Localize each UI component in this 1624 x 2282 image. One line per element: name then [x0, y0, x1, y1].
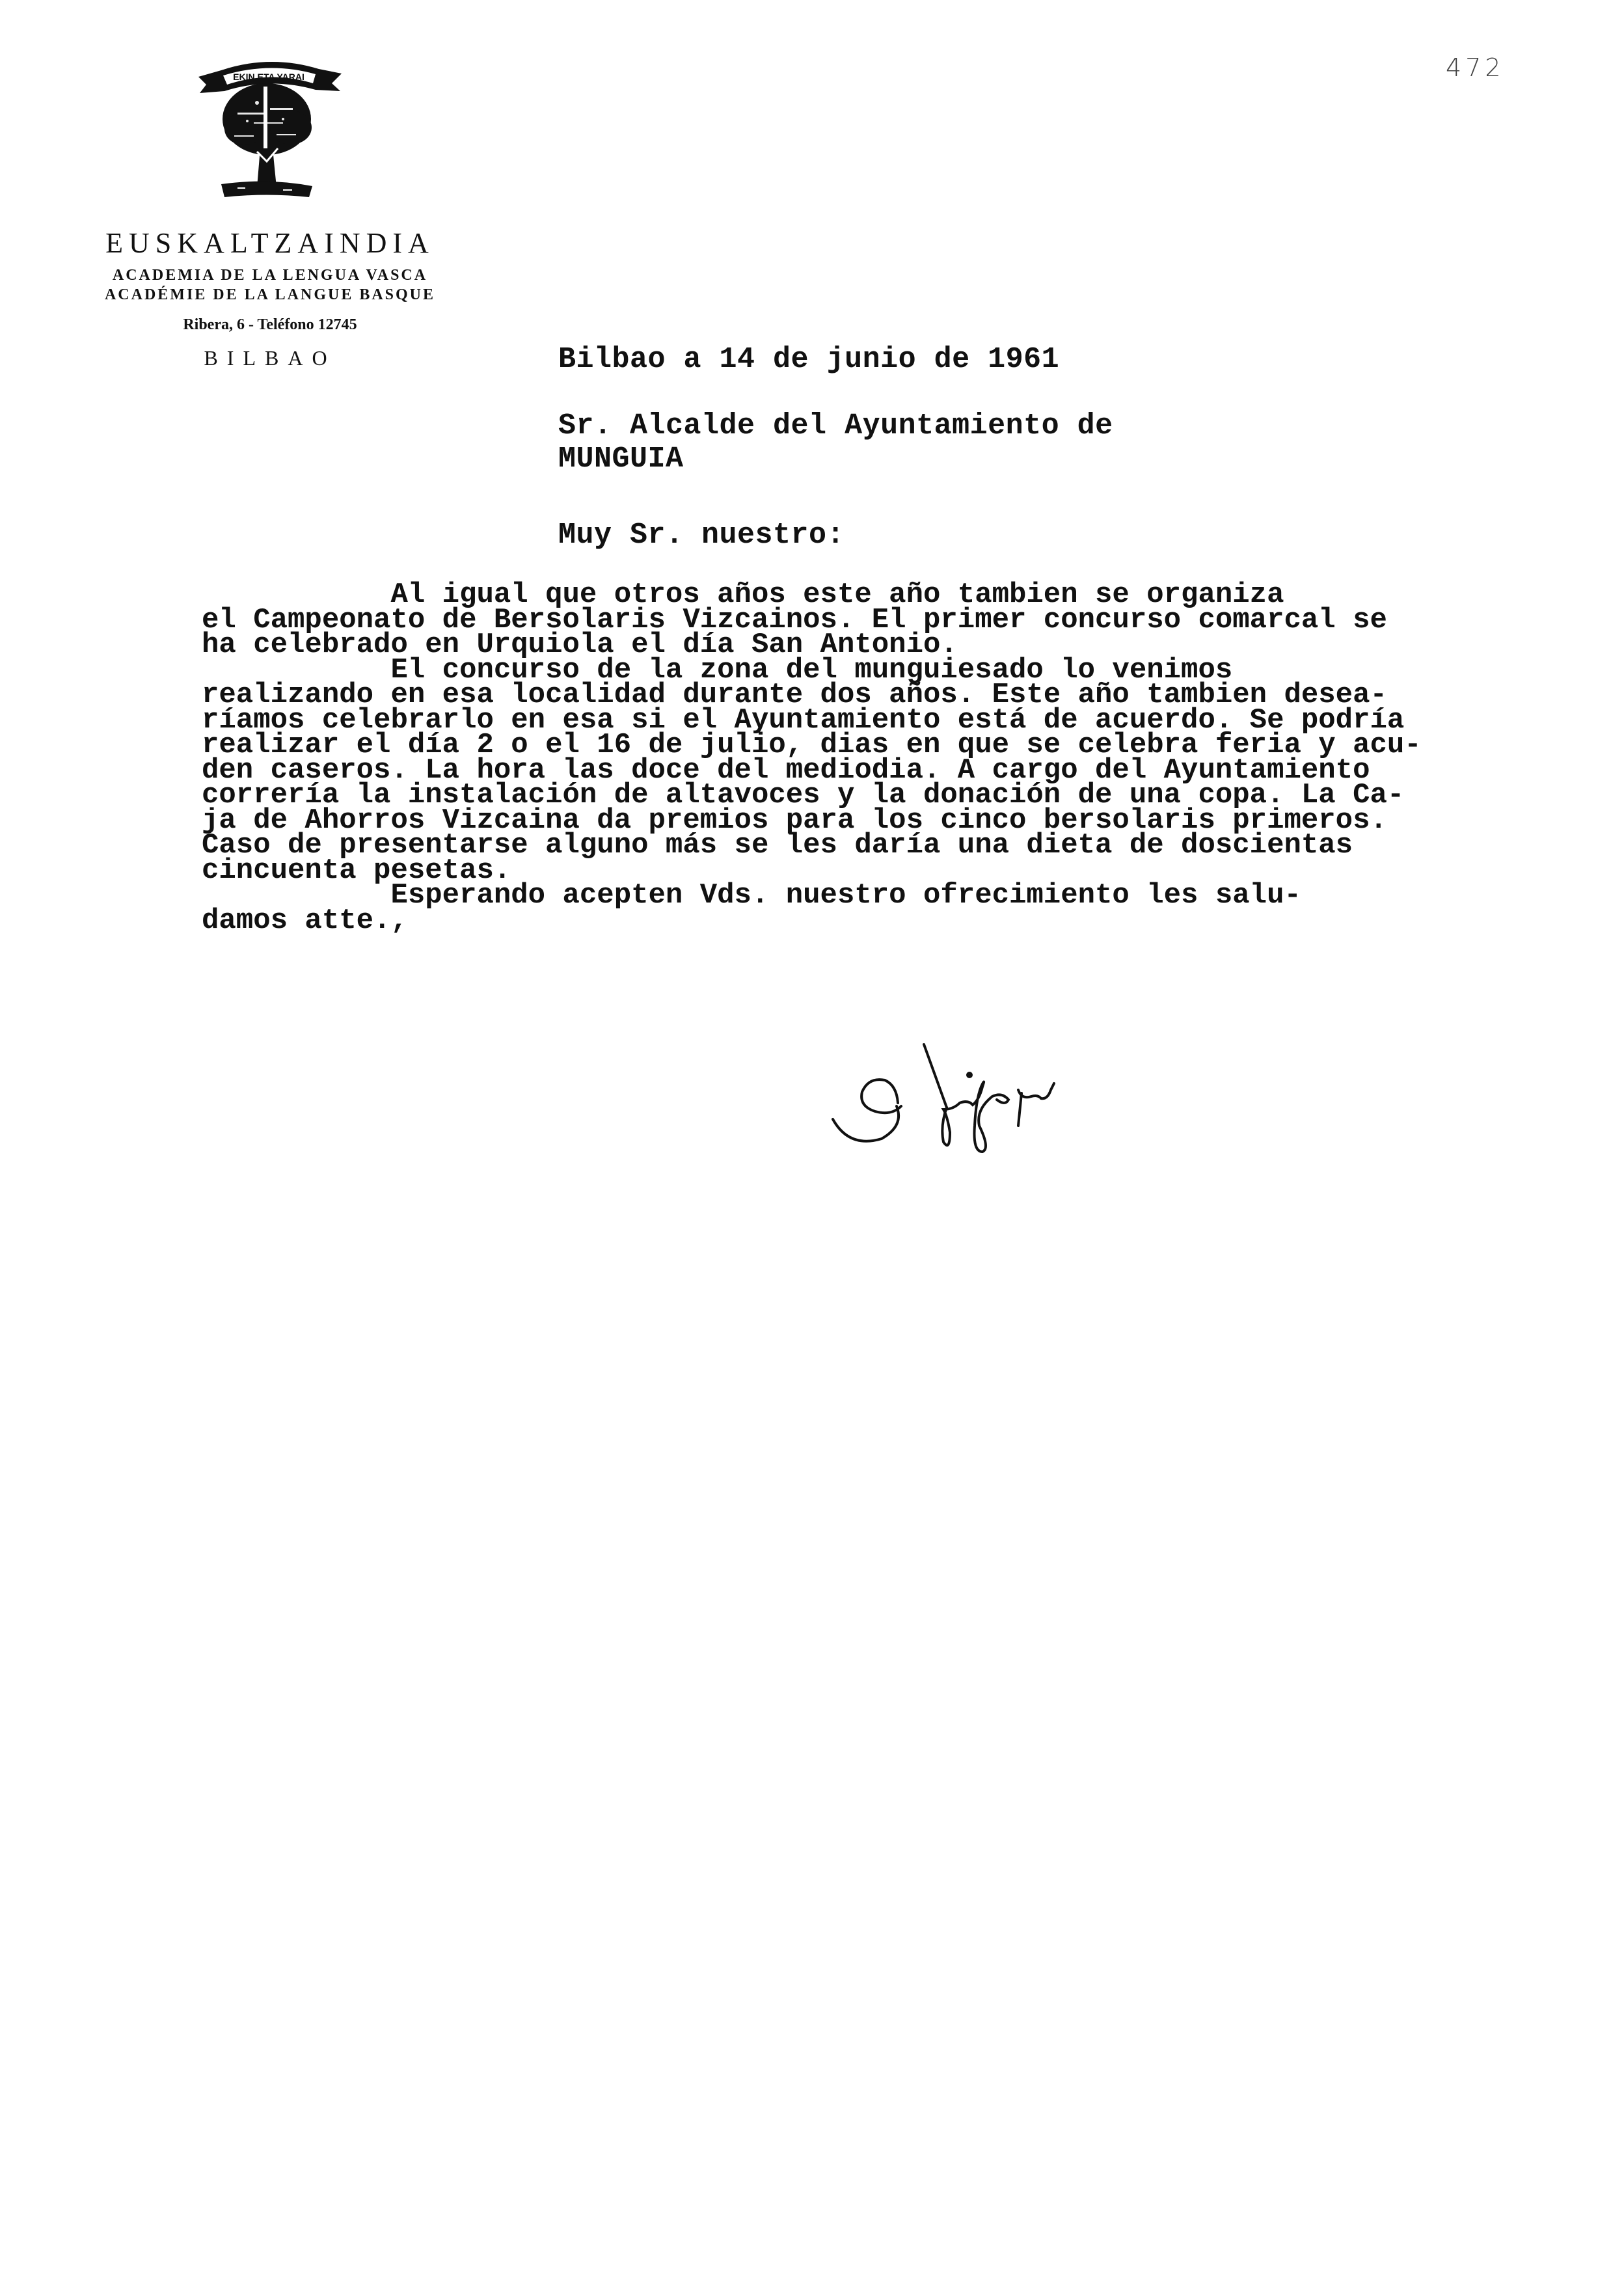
org-address: Ribera, 6 - Teléfono 12745 — [98, 316, 442, 334]
org-name: EUSKALTZAINDIA — [98, 226, 442, 260]
letter-body: Al igual que otros años este año tambien… — [202, 582, 1607, 933]
body-line: damos atte., — [202, 908, 1607, 934]
recipient-line: MUNGUIA — [558, 444, 684, 474]
date-line: Bilbao a 14 de junio de 1961 — [558, 345, 1059, 374]
svg-text:EKIN ETA YARAI: EKIN ETA YARAI — [233, 72, 304, 82]
org-subtitle-fr: ACADÉMIE DE LA LANGUE BASQUE — [98, 286, 442, 304]
body-line: Esperando acepten Vds. nuestro ofrecimie… — [202, 883, 1607, 908]
org-subtitle-es: ACADEMIA DE LA LENGUA VASCA — [98, 267, 442, 284]
page-number: 472 — [1446, 53, 1505, 82]
handwritten-signature-icon — [820, 1035, 1067, 1165]
salutation: Muy Sr. nuestro: — [558, 521, 845, 550]
tree-emblem-icon: EKIN ETA YARAI — [192, 57, 348, 207]
org-city: BILBAO — [98, 346, 442, 370]
recipient-line: Sr. Alcalde del Ayuntamiento de — [558, 411, 1113, 441]
